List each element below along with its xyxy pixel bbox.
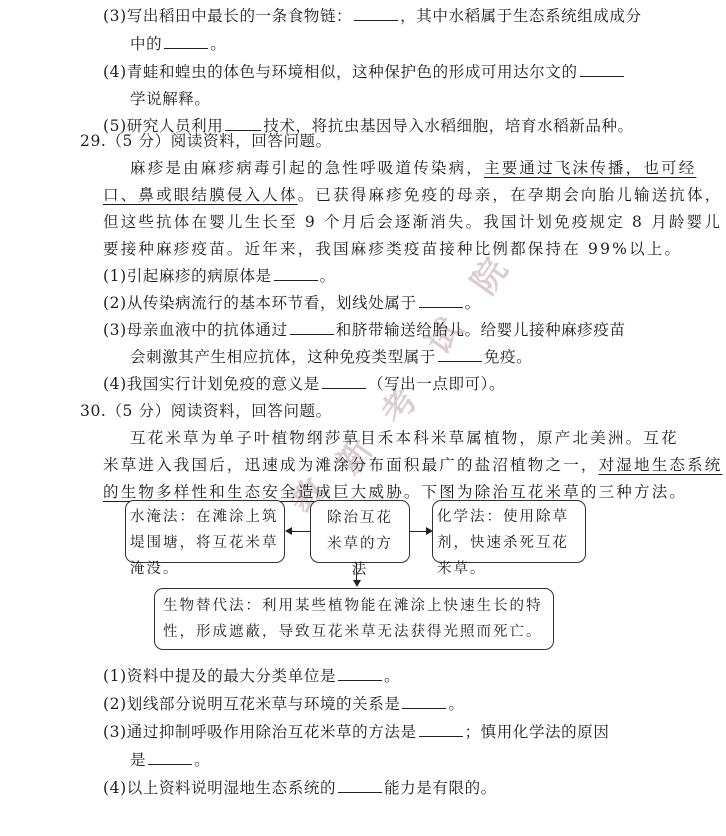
- passage-text: 麻疹是由麻疹病毒引起的急性呼吸道传染病，: [130, 159, 484, 177]
- underlined-text: 对湿地生态系统: [599, 456, 723, 474]
- arrow-left-icon: [285, 527, 292, 535]
- answer-blank[interactable]: [580, 62, 624, 77]
- answer-blank[interactable]: [164, 34, 208, 49]
- question-text: (1)引起麻疹的病原体是: [103, 267, 272, 285]
- q28-sub3-text: ，其中水稻属于生态系统组成成分: [400, 7, 642, 25]
- diagram-box-chemical: 化学法：使用除草剂，快速杀死互花米草。: [432, 500, 586, 563]
- question-text: (3)通过抑制呼吸作用除治互花米草的方法是: [103, 723, 417, 741]
- answer-blank[interactable]: [225, 116, 261, 131]
- arrow-line: [290, 531, 310, 532]
- q29-sub2: (2)从传染病流行的基本环节看，划线处属于。: [103, 293, 481, 313]
- answer-blank[interactable]: [402, 694, 446, 709]
- arrow-right-icon: [426, 527, 433, 535]
- question-text: (1)资料中提及的最大分类单位是: [103, 667, 336, 685]
- passage-text: 米草进入我国后，迅速成为滩涂分布面积最广的盐沼植物之一，: [103, 456, 599, 474]
- question-text: 。: [194, 751, 210, 769]
- question-text: (2)从传染病流行的基本环节看，划线处属于: [103, 294, 417, 312]
- answer-blank[interactable]: [322, 374, 366, 389]
- answer-blank[interactable]: [274, 266, 318, 281]
- q28-sub3-text: (3)写出稻田中最长的一条食物链：: [103, 7, 352, 25]
- answer-blank[interactable]: [290, 320, 334, 335]
- q28-sub4-text: 学说解释。: [130, 90, 211, 108]
- q30-sub1: (1)资料中提及的最大分类单位是。: [103, 666, 400, 686]
- arrow-line: [356, 563, 357, 581]
- q28-sub4-text: (4)青蛙和蝗虫的体色与环境相似，这种保护色的形成可用达尔文的: [103, 63, 578, 81]
- question-text: 会刺激其产生相应抗体，这种免疫类型属于: [130, 348, 436, 366]
- q28-sub3-line1: (3)写出稻田中最长的一条食物链：，其中水稻属于生态系统组成成分: [103, 6, 642, 26]
- answer-blank[interactable]: [419, 722, 463, 737]
- passage-text: 。已获得麻疹免疫的母亲，在孕期会向胎儿输送抗体，: [298, 186, 723, 204]
- q28-sub3-line2: 中的。: [130, 34, 226, 54]
- question-text: 。: [448, 695, 464, 713]
- q29-sub4: (4)我国实行计划免疫的意义是（写出一点即可）。: [103, 374, 505, 394]
- diagram-box-water: 水淹法：在滩涂上筑堤围塘，将互花米草淹没。: [125, 500, 285, 563]
- question-text: 。: [465, 294, 481, 312]
- q29-sub1: (1)引起麻疹的病原体是。: [103, 266, 336, 286]
- answer-blank[interactable]: [419, 293, 463, 308]
- arrow-down-icon: [353, 580, 361, 587]
- q30-sub3-line2: 是。: [130, 750, 210, 770]
- q29-passage-line4: 要接种麻疹疫苗。近年来，我国麻疹类疫苗接种比例都保持在 99%以上。: [103, 239, 682, 259]
- diagram-box-bio: 生物替代法：利用某些植物能在滩涂上快速生长的特性，形成遮蔽，导致互花米草无法获得…: [154, 588, 554, 650]
- diagram-box-center: 除治互花米草的方法: [310, 500, 410, 563]
- answer-blank[interactable]: [338, 666, 382, 681]
- underlined-text: 的生物多样性和生态安全造成巨大威胁: [103, 483, 404, 501]
- q30-sub2: (2)划线部分说明互花米草与环境的关系是。: [103, 694, 465, 714]
- underlined-text: 主要通过飞沫传播，也可经: [484, 159, 696, 177]
- question-text: 免疫。: [484, 348, 532, 366]
- q29-passage-line2: 口、鼻或眼结膜侵入人体。已获得麻疹免疫的母亲，在孕期会向胎儿输送抗体，: [103, 185, 723, 205]
- q29-sub3-line2: 会刺激其产生相应抗体，这种免疫类型属于免疫。: [130, 347, 532, 367]
- question-text: ；慎用化学法的原因: [465, 723, 610, 741]
- question-text: 是: [130, 751, 146, 769]
- q29-passage-line1: 麻疹是由麻疹病毒引起的急性呼吸道传染病，主要通过飞沫传播，也可经: [130, 158, 696, 178]
- question-text: (2)划线部分说明互花米草与环境的关系是: [103, 695, 400, 713]
- answer-blank[interactable]: [354, 6, 398, 21]
- arrow-line: [410, 531, 427, 532]
- answer-blank[interactable]: [438, 347, 482, 362]
- q28-sub3-text: 。: [210, 35, 226, 53]
- q29-sub3-line1: (3)母亲血液中的抗体通过和脐带输送给胎儿。给婴儿接种麻疹疫苗: [103, 320, 626, 340]
- question-text: 和脐带输送给胎儿。给婴儿接种麻疹疫苗: [336, 321, 626, 339]
- q29-passage-line3: 但这些抗体在婴儿生长至 9 个月后会逐渐消失。我国计划免疫规定 8 月龄婴儿: [103, 212, 722, 232]
- q30-sub4: (4)以上资料说明湿地生态系统的能力是有限的。: [103, 778, 497, 798]
- q30-passage-line3: 的生物多样性和生态安全造成巨大威胁。下图为除治互花米草的三种方法。: [103, 482, 687, 502]
- question-text: (4)以上资料说明湿地生态系统的: [103, 779, 336, 797]
- question-text: （写出一点即可）。: [368, 375, 505, 393]
- question-text: 能力是有限的。: [384, 779, 497, 797]
- question-text: 。: [384, 667, 400, 685]
- q30-sub3-line1: (3)通过抑制呼吸作用除治互花米草的方法是；慎用化学法的原因: [103, 722, 609, 742]
- answer-blank[interactable]: [338, 778, 382, 793]
- question-text: 。: [320, 267, 336, 285]
- question-text: (4)我国实行计划免疫的意义是: [103, 375, 320, 393]
- q28-sub4-line2: 学说解释。: [130, 89, 211, 109]
- underlined-text: 口、鼻或眼结膜侵入人体: [103, 186, 298, 204]
- q28-sub4-line1: (4)青蛙和蝗虫的体色与环境相似，这种保护色的形成可用达尔文的: [103, 62, 626, 82]
- q30-passage-line2: 米草进入我国后，迅速成为滩涂分布面积最广的盐沼植物之一，对湿地生态系统: [103, 455, 723, 475]
- q30-passage-line1: 互花米草为单子叶植物纲莎草目禾本科米草属植物，原产北美洲。互花: [130, 428, 679, 448]
- answer-blank[interactable]: [148, 750, 192, 765]
- q29-header: 29.（5 分）阅读资料，回答问题。: [80, 131, 332, 151]
- q28-sub3-text: 中的: [130, 35, 162, 53]
- question-text: (3)母亲血液中的抗体通过: [103, 321, 288, 339]
- q30-header: 30.（5 分）阅读资料，回答问题。: [80, 401, 332, 421]
- passage-text: 。下图为除治互花米草的三种方法。: [404, 483, 687, 501]
